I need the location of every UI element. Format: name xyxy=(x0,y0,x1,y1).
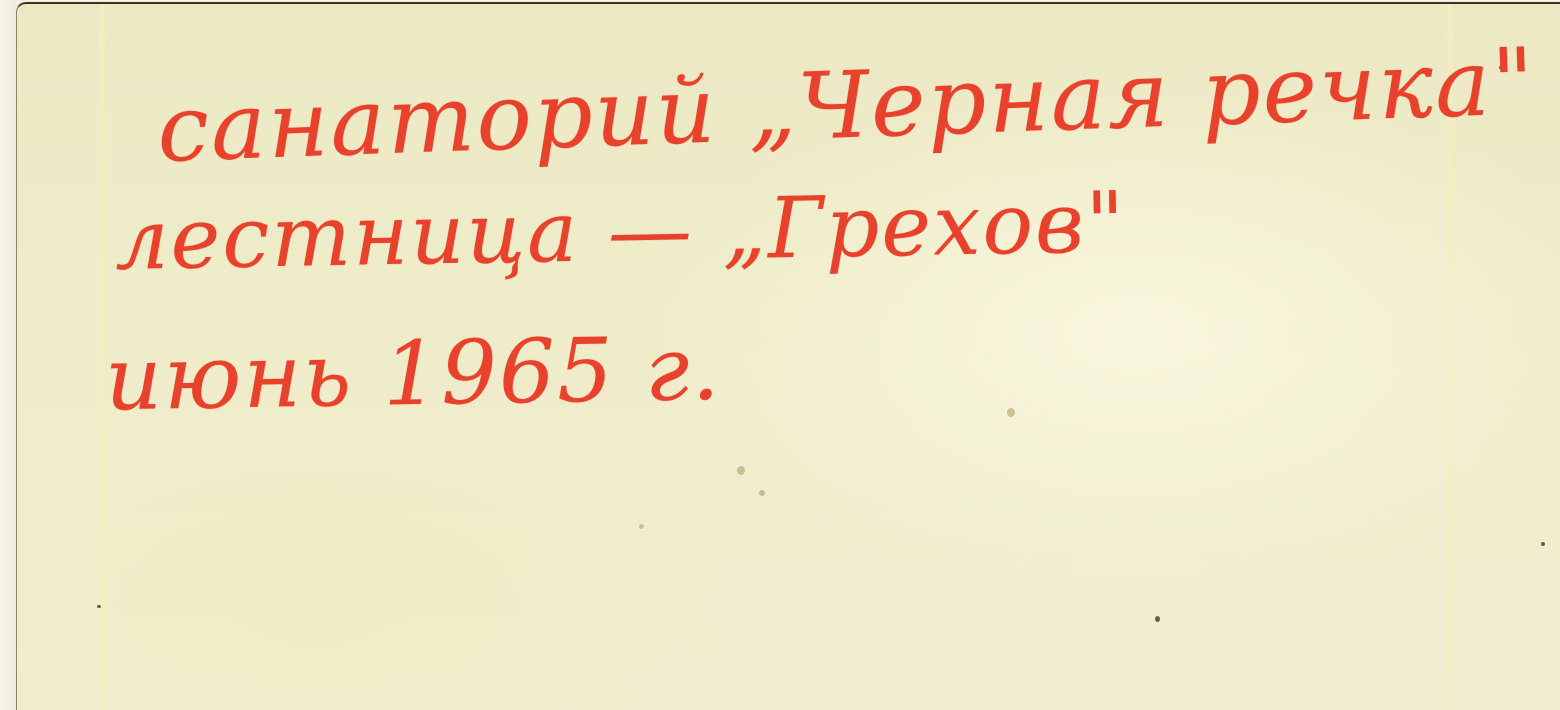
paper-card: санаторий „Черная речка" лестница — „Гре… xyxy=(16,2,1560,710)
handwritten-line-staircase: лестница — „Грехов" xyxy=(114,173,1127,289)
paper-speck xyxy=(1541,542,1545,546)
paper-speck xyxy=(737,466,745,475)
handwritten-line-sanatorium: санаторий „Черная речка" xyxy=(156,28,1538,183)
paper-speck xyxy=(1155,616,1160,622)
scanned-photo-back: санаторий „Черная речка" лестница — „Гре… xyxy=(0,0,1560,710)
scan-bed-margin xyxy=(0,0,16,710)
paper-speck xyxy=(639,524,644,529)
paper-speck xyxy=(759,490,765,496)
paper-speck xyxy=(97,605,101,608)
handwritten-line-date: июнь 1965 г. xyxy=(104,317,722,431)
paper-speck xyxy=(1007,408,1015,417)
